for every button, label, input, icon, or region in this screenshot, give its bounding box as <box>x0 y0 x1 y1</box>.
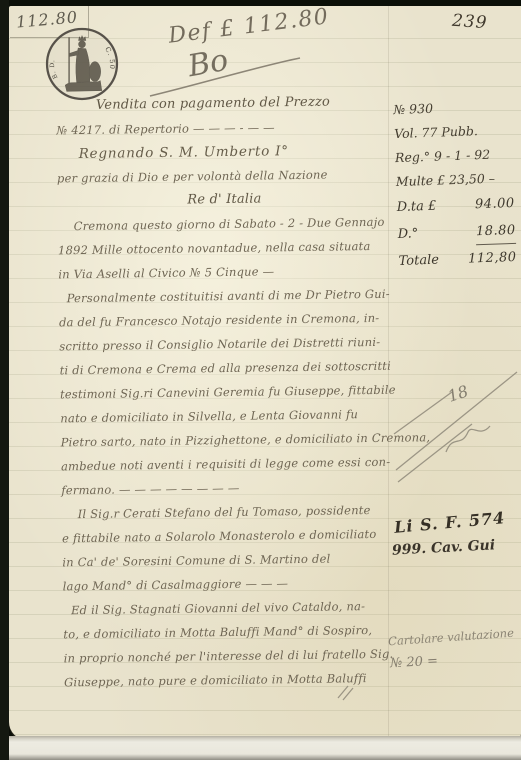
scan-edge-top <box>0 0 521 6</box>
manuscript-line: e fittabile nato a Solarolo Monasterolo … <box>62 522 398 551</box>
amount-label: D.° <box>397 220 419 248</box>
underlying-page-edge <box>9 736 521 760</box>
amount-value: 94.00 <box>475 190 516 218</box>
manuscript-text-block: Vendita con pagamento del Prezzo№ 4217. … <box>56 90 400 695</box>
manuscript-line: Giuseppe, nato pure e domiciliato in Mot… <box>64 666 400 695</box>
margin-amount-row: Totale 112,80 <box>398 244 517 275</box>
margin-pencil-number: № 20 = <box>390 654 439 671</box>
amount-value: 112,80 <box>468 244 517 273</box>
scan-edge-left <box>0 0 9 760</box>
margin-registration-column: № 930 Vol. 77 Pubb. Reg.° 9 - 1 - 92 Mul… <box>393 94 517 275</box>
page-number: 239 <box>451 11 488 33</box>
stamp-graphic: B. D. C. 50 <box>44 26 120 102</box>
amount-value: 18.80 <box>475 217 516 245</box>
amount-label: Totale <box>398 247 439 275</box>
flourish-initials: Bo <box>185 43 231 84</box>
manuscript-line: 1892 Mille ottocento novantadue, nella c… <box>58 234 394 263</box>
manuscript-line: ambedue noti aventi i requisiti di legge… <box>61 450 397 479</box>
margin-amount-row: D.ta £ 94.00 <box>396 190 515 221</box>
revenue-stamp-seal: B. D. C. 50 <box>44 26 120 102</box>
scanned-document-page: 112.80 B. D. C. 50 <box>0 0 521 760</box>
margin-amount-row: D.° 18.80 <box>397 217 516 248</box>
amount-label: D.ta £ <box>396 193 436 221</box>
